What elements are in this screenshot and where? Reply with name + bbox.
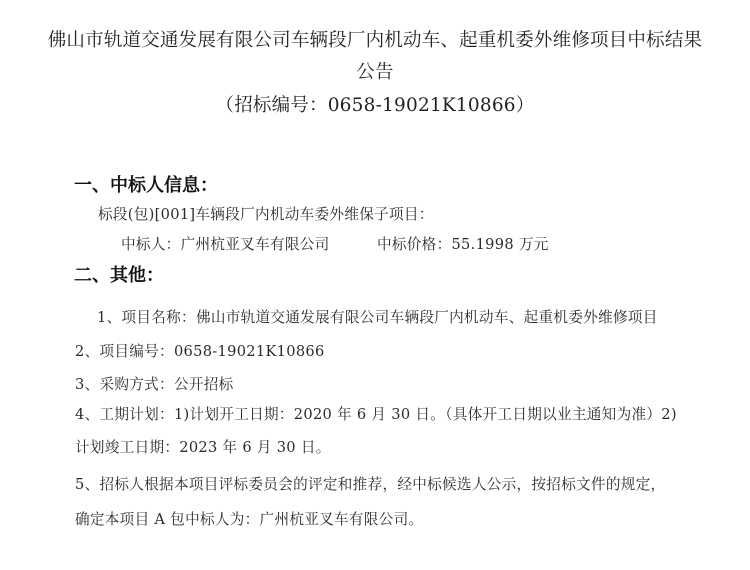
item-determination-continued: 确定本项目 A 包中标人为：广州杭亚叉车有限公司。: [75, 510, 423, 530]
lot-description: 标段(包)[001]车辆段厂内机动车委外维保子项目：: [98, 205, 434, 225]
item-schedule: 4、工期计划：1)计划开工日期：2020 年 6 月 30 日。（具体开工日期以…: [75, 405, 677, 425]
winning-price: 中标价格：55.1998 万元: [377, 235, 549, 255]
section-heading-winner-info: 一、中标人信息：: [74, 176, 218, 196]
document-title-line1: 佛山市轨道交通发展有限公司车辆段厂内机动车、起重机委外维修项目中标结果: [0, 31, 750, 51]
item-project-name: 1、项目名称：佛山市轨道交通发展有限公司车辆段厂内机动车、起重机委外维修项目: [97, 308, 658, 328]
tender-number: （招标编号：0658-19021K10866）: [0, 96, 750, 116]
item-project-number: 2、项目编号：0658-19021K10866: [75, 342, 325, 362]
item-schedule-continued: 计划竣工日期：2023 年 6 月 30 日。: [75, 438, 331, 458]
item-procurement-method: 3、采购方式：公开招标: [75, 375, 234, 395]
winning-bidder: 中标人：广州杭亚叉车有限公司: [121, 235, 330, 255]
document-title-line2: 公告: [0, 63, 750, 83]
section-heading-other: 二、其他：: [74, 266, 164, 286]
item-determination: 5、招标人根据本项目评标委员会的评定和推荐，经中标候选人公示，按招标文件的规定，: [75, 475, 665, 495]
